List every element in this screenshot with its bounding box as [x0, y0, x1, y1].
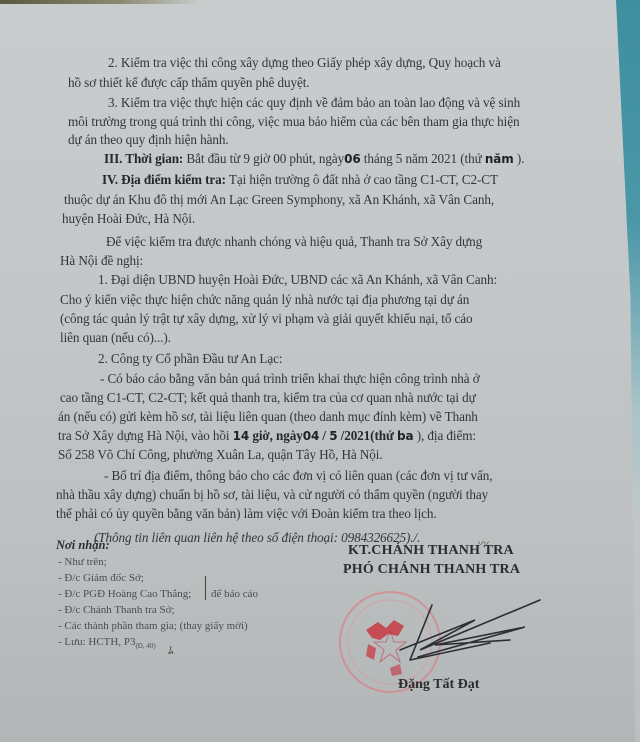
request-item2-b1-line4: tra Sở Xây dựng Hà Nội, vào hồi 14 giờ, … [58, 428, 476, 444]
section-time: III. Thời gian: Bắt đầu từ 9 giờ 00 phút… [104, 151, 524, 167]
section-time-heading: III. Thời gian: [104, 151, 183, 166]
section-time-text: Bắt đầu từ 9 giờ 00 phút, ngày [183, 151, 344, 166]
bracket-note: để báo cáo [211, 588, 258, 600]
request-item1-line1: 1. Đại diện UBND huyện Hoài Đức, UBND cá… [98, 272, 497, 288]
section-location-line3: huyện Hoài Đức, Hà Nội. [62, 211, 195, 227]
item3-line3: dự án theo quy định hiện hành. [68, 132, 229, 148]
recipient-item: - Đ/c PGĐ Hoàng Cao Thắng; [58, 588, 191, 600]
recipient-item-storage: - Lưu: HCTH, P3(Đ, 40) [58, 636, 156, 650]
section-location-text: Tại hiện trường ô đất nhà ở cao tầng C1-… [226, 172, 498, 187]
initials-mark-small-icon: ﾑ [168, 642, 174, 658]
recipient-storage-subscript: (Đ, 40) [135, 642, 155, 650]
recipients-bracket [205, 576, 206, 600]
section-time-text-mid: tháng 5 năm 2021 (thứ [361, 151, 485, 166]
recipient-storage-text: - Lưu: HCTH, P3 [58, 636, 135, 648]
recipient-item: - Đ/c Chánh Thanh tra Sở; [58, 604, 175, 616]
section-location: IV. Địa điểm kiểm tra: Tại hiện trường ô… [102, 172, 498, 188]
handwritten-date-weekday: ba [397, 429, 414, 443]
request-item2-b2-line3: thế phải có ủy quyền bằng văn bản) làm v… [56, 506, 437, 522]
signature-title-2: PHÓ CHÁNH THANH TRA [343, 562, 520, 578]
request-item2-b1-line5: Số 258 Võ Chí Công, phường Xuân La, quận… [58, 447, 383, 463]
b1-line4-year: /2021(thứ [337, 428, 397, 443]
request-item2-b1-line2: cao tầng C1-CT, C2-CT; kết quả thanh tra… [60, 390, 476, 406]
item2-line1: 2. Kiểm tra việc thi công xây dựng theo … [108, 55, 501, 71]
item3-line2: môi trường trong quá trình thi công, việ… [68, 114, 520, 130]
item2-line2: hồ sơ thiết kế được cấp thẩm quyền phê d… [68, 75, 309, 91]
handwritten-date-day: 04 [303, 429, 320, 443]
request-item1-line2: Cho ý kiến việc thực hiện chức năng quản… [60, 292, 469, 308]
request-item2-title: 2. Công ty Cổ phần Đầu tư An Lạc: [98, 351, 282, 367]
recipient-item: - Các thành phần tham gia; (thay giấy mờ… [58, 620, 248, 632]
request-item2-b1-line3: án (nếu có) gửi kèm hồ sơ, tài liệu liên… [58, 409, 478, 425]
recipients-title: Nơi nhận: [56, 538, 110, 553]
signer-name: Đặng Tất Đạt [398, 677, 479, 693]
b1-line4-text: tra Sở Xây dựng Hà Nội, vào hồi [58, 428, 233, 443]
recipient-item: - Đ/c Giám đốc Sở; [58, 572, 144, 584]
request-item2-b2-line1: - Bố trí địa điểm, thông báo cho các đơn… [104, 468, 493, 484]
b1-line4-gio: giờ, ngày [249, 428, 303, 443]
handwritten-weekday: năm [485, 152, 514, 166]
handwritten-day: 06 [344, 152, 361, 166]
section-location-heading: IV. Địa điểm kiểm tra: [102, 172, 226, 187]
b1-line4-slash: / [319, 428, 329, 443]
handwritten-hour: 14 [233, 429, 250, 443]
section-time-text-end: ). [514, 151, 525, 166]
handwritten-signature-icon [390, 595, 560, 670]
item3-line1: 3. Kiểm tra việc thực hiện các quy định … [108, 95, 520, 111]
section-location-line2: thuộc dự án Khu đô thị mới An Lạc Green … [64, 192, 494, 208]
request-item2-b1-line1: - Có báo cáo bằng văn bản quá trình triể… [100, 371, 480, 387]
request-item2-b2-line2: nhà thầu xây dựng) chuẩn bị hồ sơ, tài l… [56, 487, 488, 503]
request-item1-line4: liên quan (nếu có)...). [60, 330, 171, 346]
request-line1: Để việc kiểm tra được nhanh chóng và hiệ… [106, 234, 482, 250]
recipient-item: - Như trên; [58, 556, 107, 568]
request-line2: Hà Nội đề nghị: [60, 253, 143, 269]
initials-mark-icon: 〰 [478, 535, 489, 551]
b1-line4-end: ), địa điểm: [414, 428, 476, 443]
request-item1-line3: (công tác quản lý trật tự xây dựng, xử l… [60, 311, 473, 327]
document-page: 2. Kiểm tra việc thi công xây dựng theo … [0, 0, 640, 742]
